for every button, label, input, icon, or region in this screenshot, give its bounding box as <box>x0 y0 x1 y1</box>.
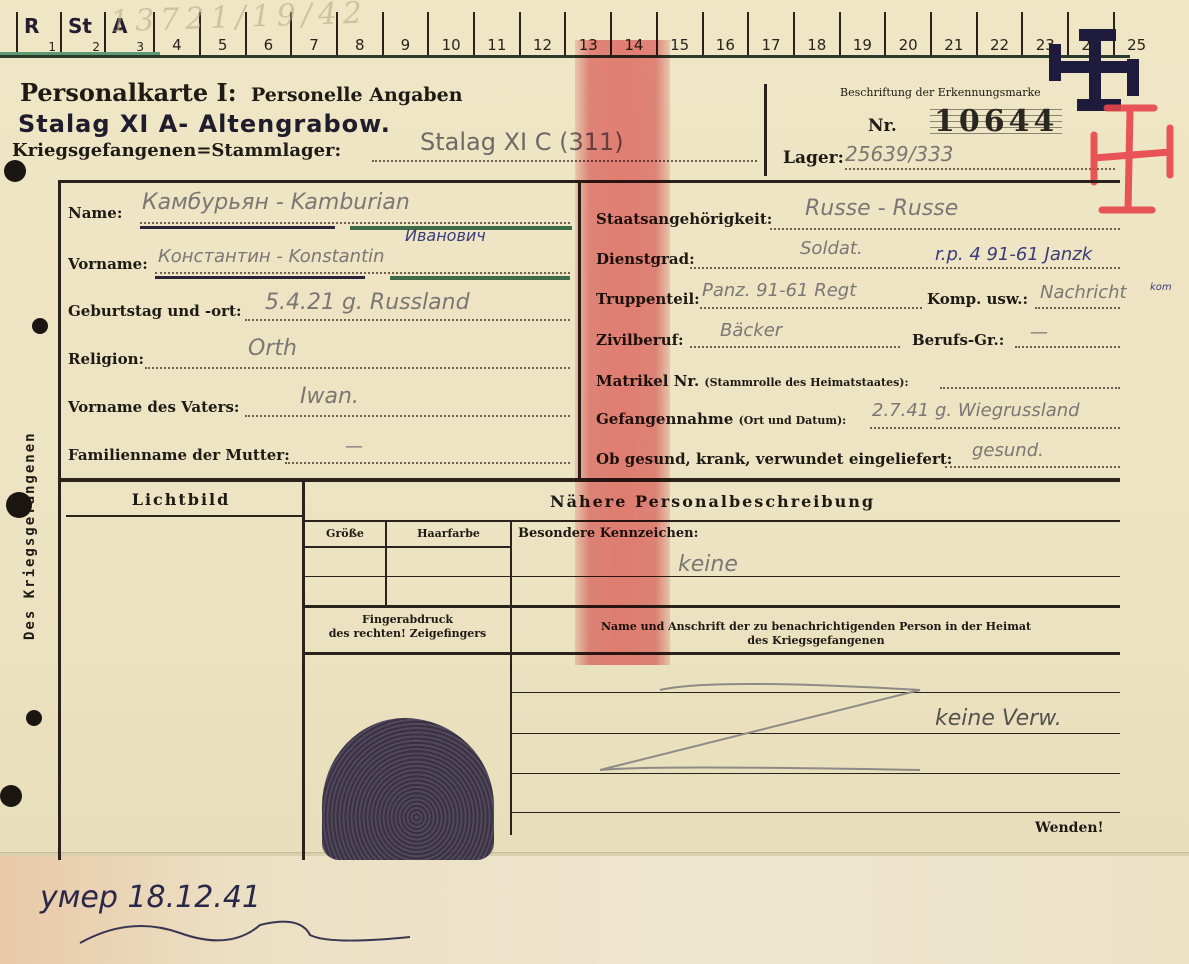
kennzeichen-divider <box>510 520 512 835</box>
strip-cell-12: 12 <box>519 12 565 56</box>
strike-through-z-mark <box>590 670 950 780</box>
strip-cell-21: 21 <box>930 12 976 56</box>
gesundheit-value: gesund. <box>972 440 1044 461</box>
komp-line <box>1035 307 1120 309</box>
fingerabdruck-line2: des rechten! Zeigefingers <box>305 627 510 641</box>
strip-number: 16 <box>704 36 748 54</box>
strip-number: 22 <box>978 36 1022 54</box>
card-title: Personalkarte I: Personelle Angaben <box>20 78 463 107</box>
staatsangehoerigkeit-value: Russe - Russe <box>805 196 958 221</box>
strip-cell-1: R1 <box>16 12 60 56</box>
strip-number: 4 <box>155 36 199 54</box>
strip-cell-19: 19 <box>839 12 885 56</box>
anschrift-value: keine Verw. <box>935 706 1062 731</box>
punch-hole <box>0 785 22 807</box>
strip-number: 19 <box>841 36 885 54</box>
religion-value: Orth <box>248 336 297 361</box>
lager-value: 25639/333 <box>845 142 954 166</box>
komp-value: Nachricht <box>1040 282 1127 303</box>
matrikel-hint: (Stammrolle des Heimatstaates): <box>704 376 908 389</box>
card-subtitle: Personelle Angaben <box>251 84 463 106</box>
name-line <box>140 222 570 224</box>
haarfarbe-heading: Haarfarbe <box>387 527 510 541</box>
side-label: Des Kriegsgefangenen <box>22 431 38 640</box>
strip-number: 9 <box>384 36 428 54</box>
zivilberuf-value: Bäcker <box>720 320 782 341</box>
truppenteil-line <box>700 307 922 309</box>
nr-label: Nr. <box>868 116 897 136</box>
strip-number: 17 <box>749 36 793 54</box>
strip-cell-16: 16 <box>702 12 748 56</box>
religion-line <box>145 367 570 369</box>
strip-number: 7 <box>292 36 336 54</box>
anschrift-line-d <box>512 812 1120 813</box>
strip-cell-17: 17 <box>747 12 793 56</box>
staatsangehoerigkeit-line <box>770 228 1120 230</box>
geburt-line <box>245 319 570 321</box>
berufs-gr-line <box>1015 346 1120 348</box>
wenden-label: Wenden! <box>1035 820 1104 836</box>
name-label: Name: <box>68 204 122 222</box>
strip-number: 20 <box>886 36 930 54</box>
zivilberuf-line <box>690 346 900 348</box>
strip-number: 18 <box>795 36 839 54</box>
gefangennahme-hint: (Ort und Datum): <box>739 414 847 427</box>
strip-number: 8 <box>338 36 382 54</box>
strip-letter: St <box>68 14 92 38</box>
punch-hole <box>6 492 32 518</box>
erkennungsmarke-label: Beschriftung der Erkennungsmarke <box>840 86 1041 99</box>
name-underline <box>140 226 335 229</box>
strip-letter: R <box>24 14 39 38</box>
gefangennahme-line <box>870 427 1120 429</box>
lichtbild-rule <box>66 515 302 517</box>
mutter-line <box>285 462 570 464</box>
patronymic-note: Иванович <box>405 226 486 245</box>
death-date-note: умер 18.12.41 <box>40 880 261 915</box>
vater-label: Vorname des Vaters: <box>68 398 239 416</box>
lager-label: Lager: <box>783 148 844 168</box>
mutter-label: Familienname der Mutter: <box>68 446 290 464</box>
truppenteil-value: Panz. 91-61 Regt <box>702 280 856 301</box>
vater-value: Iwan. <box>300 384 359 409</box>
komp-label: Komp. usw.: <box>927 290 1028 308</box>
vorname-green-underline <box>390 276 570 280</box>
kennzeichen-bottom-rule <box>305 605 1120 608</box>
strip-cell-22: 22 <box>976 12 1022 56</box>
anschrift-rule <box>305 652 1120 655</box>
geburt-value: 5.4.21 g. Russland <box>265 290 470 315</box>
dienstgrad-value: Soldat. <box>800 238 863 259</box>
stalag-stamp: Stalag XI A- Altengrabow. <box>18 110 391 138</box>
punch-hole <box>32 318 48 334</box>
matrikel-line <box>940 387 1120 389</box>
card-title-main: Personalkarte I: <box>20 78 237 107</box>
gefangennahme-value: 2.7.41 g. Wiegrussland <box>872 400 1080 421</box>
stammlager-dotted-line <box>372 160 757 162</box>
punch-hole <box>4 160 26 182</box>
gesundheit-line <box>945 466 1120 468</box>
underline-squiggle <box>70 915 410 955</box>
strip-cell-2: St2 <box>60 12 104 56</box>
strip-number: 10 <box>429 36 473 54</box>
stammlager-label: Kriegsgefangenen=Stammlager: <box>12 140 341 161</box>
berufs-gr-label: Berufs-Gr.: <box>912 331 1004 349</box>
vorname-underline <box>155 276 365 279</box>
mutter-value: — <box>345 436 363 457</box>
vorname-label: Vorname: <box>68 255 148 273</box>
nr-value: 10644 <box>930 104 1062 139</box>
strip-number: 21 <box>932 36 976 54</box>
red-cross-mark-icon <box>1082 100 1182 220</box>
lager-dotted-line <box>845 168 1115 170</box>
strip-cell-11: 11 <box>473 12 519 56</box>
groesse-rule <box>305 546 510 548</box>
naehere-rule <box>305 520 1120 522</box>
strip-number: 11 <box>475 36 519 54</box>
berufs-gr-value: — <box>1030 322 1048 343</box>
strip-cell-10: 10 <box>427 12 473 56</box>
dienstgrad-line <box>690 267 1120 269</box>
strip-cell-18: 18 <box>793 12 839 56</box>
strip-cell-9: 9 <box>382 12 428 56</box>
strip-number: 6 <box>247 36 291 54</box>
strip-number: 12 <box>521 36 565 54</box>
header-divider <box>764 84 767 176</box>
strip-cell-20: 20 <box>884 12 930 56</box>
left-border <box>58 180 61 860</box>
red-marker-stripe <box>575 40 670 665</box>
vorname-value: Константин - Konstantin <box>158 246 385 267</box>
geburt-label: Geburtstag und -ort: <box>68 302 242 320</box>
name-value: Камбурьян - Kamburian <box>142 190 410 215</box>
lichtbild-heading: Lichtbild <box>60 490 302 509</box>
punch-hole <box>26 710 42 726</box>
strip-number: 5 <box>201 36 245 54</box>
strip-baseline <box>0 55 1130 58</box>
dienstgrad-note: r.p. 4 91-61 Janzk <box>935 244 1092 265</box>
vater-line <box>245 415 570 417</box>
religion-label: Religion: <box>68 350 144 368</box>
groesse-heading: Größe <box>305 527 385 541</box>
kennzeichen-value: keine <box>678 552 738 577</box>
naehere-heading: Nähere Personalbeschreibung <box>305 492 1120 511</box>
komp-note: kom <box>1150 282 1172 293</box>
fingerabdruck-heading: Fingerabdruck des rechten! Zeigefingers <box>305 613 510 641</box>
vorname-line <box>155 272 570 274</box>
fingerabdruck-line1: Fingerabdruck <box>305 613 510 627</box>
